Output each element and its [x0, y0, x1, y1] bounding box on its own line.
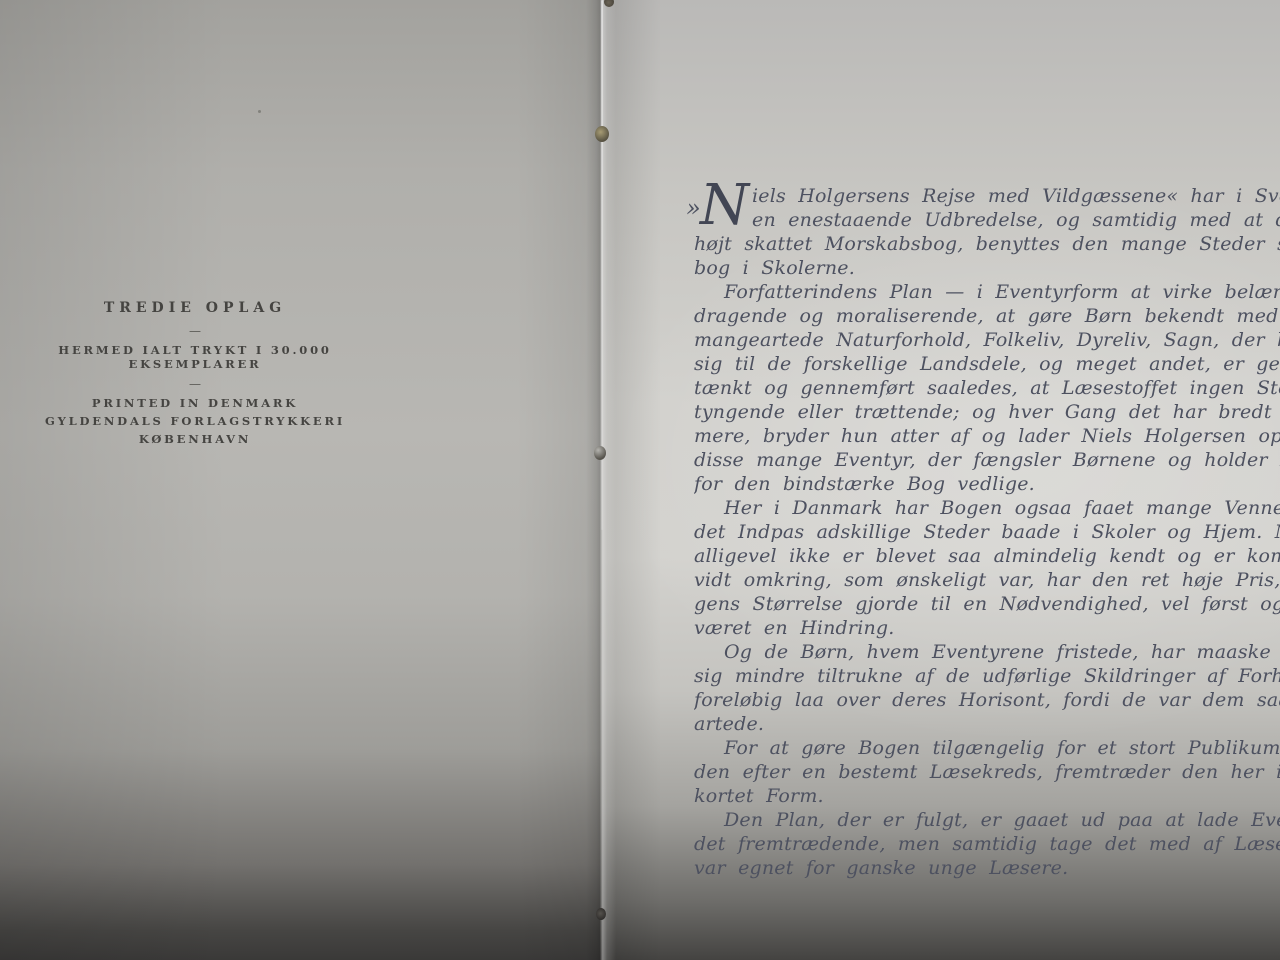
text-line: sig til de forskellige Landsdele, og meg…	[694, 352, 1280, 376]
text-line: været en Hindring.	[694, 616, 1280, 640]
left-page	[0, 0, 600, 960]
imprint-line: KØBENHAVN	[5, 432, 385, 446]
divider-dash: —	[5, 378, 385, 390]
text-line: tænkt og gennemført saaledes, at Læsesto…	[694, 376, 1280, 400]
text-line: Den Plan, der er fulgt, er gaaet ud paa …	[694, 808, 1280, 832]
text-line: gens Størrelse gjorde til en Nødvendighe…	[694, 592, 1280, 616]
text-line: var egnet for ganske unge Læsere.	[694, 856, 1280, 880]
edition-line: TREDIE OPLAG	[5, 300, 385, 316]
text-line: det Indpas adskillige Steder baade i Sko…	[694, 520, 1280, 544]
divider-dash: —	[5, 325, 385, 337]
text-line: kortet Form.	[694, 784, 1280, 808]
text-line: vidt omkring, som ønskeligt var, har den…	[694, 568, 1280, 592]
text-line: Og de Børn, hvem Eventyrene fristede, ha…	[694, 640, 1280, 664]
stitch-mark-upper	[595, 126, 609, 142]
text-line: iels Holgersens Rejse med Vildgæssene« h…	[694, 184, 1280, 208]
text-line: højt skattet Morskabsbog, benyttes den m…	[694, 232, 1280, 256]
text-line: den efter en bestemt Læsekreds, fremtræd…	[694, 760, 1280, 784]
text-line: en enestaaende Udbredelse, og samtidig m…	[694, 208, 1280, 232]
text-line: For at gøre Bogen tilgængelig for et sto…	[694, 736, 1280, 760]
text-line: Her i Danmark har Bogen ogsaa faaet mang…	[694, 496, 1280, 520]
text-line: dragende og moraliserende, at gøre Børn …	[694, 304, 1280, 328]
text-line: for den bindstærke Bog vedlige.	[694, 472, 1280, 496]
text-line: sig mindre tiltrukne af de udførlige Ski…	[694, 664, 1280, 688]
text-line: mere, bryder hun atter af og lader Niels…	[694, 424, 1280, 448]
text-line: bog i Skolerne.	[694, 256, 1280, 280]
stitch-mark-bottom	[596, 908, 606, 920]
text-line: artede.	[694, 712, 1280, 736]
text-line: disse mange Eventyr, der fængsler Børnen…	[694, 448, 1280, 472]
text-line: mangeartede Naturforhold, Folkeliv, Dyre…	[694, 328, 1280, 352]
stitch-mark-middle	[594, 446, 606, 460]
book-photo: TREDIE OPLAG — HERMED IALT TRYKT I 30.00…	[0, 0, 1280, 960]
text-line: det fremtrædende, men samtidig tage det …	[694, 832, 1280, 856]
imprint-line: PRINTED IN DENMARK	[5, 396, 385, 410]
print-run-line: HERMED IALT TRYKT I 30.000 EKSEMPLARER	[5, 343, 385, 371]
text-line: tyngende eller trættende; og hver Gang d…	[694, 400, 1280, 424]
body-text-block: iels Holgersens Rejse med Vildgæssene« h…	[694, 184, 1280, 884]
dust-speck	[258, 110, 261, 113]
colophon-block: TREDIE OPLAG — HERMED IALT TRYKT I 30.00…	[5, 300, 385, 450]
text-line: Forfatterindens Plan — i Eventyrform at …	[694, 280, 1280, 304]
text-line: alligevel ikke er blevet saa almindelig …	[694, 544, 1280, 568]
text-line: foreløbig laa over deres Horisont, fordi…	[694, 688, 1280, 712]
imprint-line: GYLDENDALS FORLAGSTRYKKERI	[5, 414, 385, 428]
